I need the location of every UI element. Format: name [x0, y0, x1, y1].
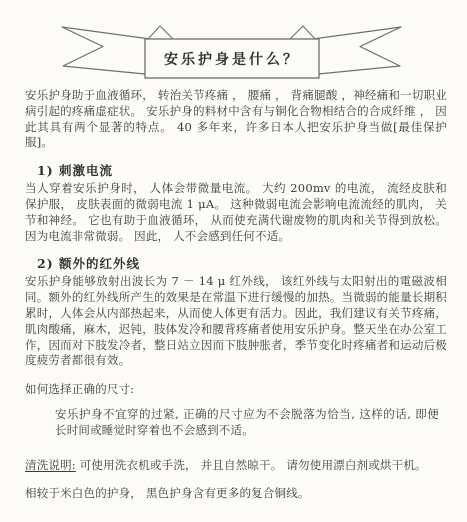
- sizing-body: 安乐护身不宜穿的过紧, 正确的尺寸应为不会脱落为恰当, 这样的话, 即便长时间或…: [55, 407, 439, 439]
- page-title: 安乐护身是什么？: [145, 40, 319, 78]
- washing-body: 可使用洗衣机或手洗， 并且自然晾干。 请勿使用漂白剂或烘干机。: [80, 458, 427, 472]
- sizing-heading: 如何选择正确的尺寸:: [25, 382, 447, 398]
- washing-label: 清洗说明:: [25, 458, 76, 472]
- section-1-body: 当人穿着安乐护身时， 人体会带微量电流。 大约 200mv 的电流， 流经皮肤和…: [25, 181, 447, 244]
- section-1-heading: 1) 刺激电流: [37, 161, 447, 179]
- intro-paragraph: 安乐护身助于血液循环， 转治关节疼痛 ， 腰痛 ， 背痛腿酸 ，神经痛和一切职业…: [25, 88, 447, 151]
- copper-note: 相较于米白色的护身， 黑色护身含有更多的复合铜线。: [25, 486, 447, 502]
- ribbon-left-fold: [147, 26, 174, 40]
- section-2-heading: 2) 额外的红外线: [37, 254, 447, 272]
- ribbon-right-fold: [289, 26, 316, 40]
- section-2-body: 安乐护身能够放射出波长为 7 － 14 μ 红外线， 该红外线与太阳射出的電磁波…: [25, 274, 447, 369]
- ribbon-banner: 安乐护身是什么？: [25, 10, 447, 86]
- washing-instructions: 清洗说明: 可使用洗衣机或手洗， 并且自然晾干。 请勿使用漂白剂或烘干机。: [25, 458, 447, 474]
- document-page: 安乐护身是什么？ 安乐护身助于血液循环， 转治关节疼痛 ， 腰痛 ， 背痛腿酸 …: [0, 0, 467, 522]
